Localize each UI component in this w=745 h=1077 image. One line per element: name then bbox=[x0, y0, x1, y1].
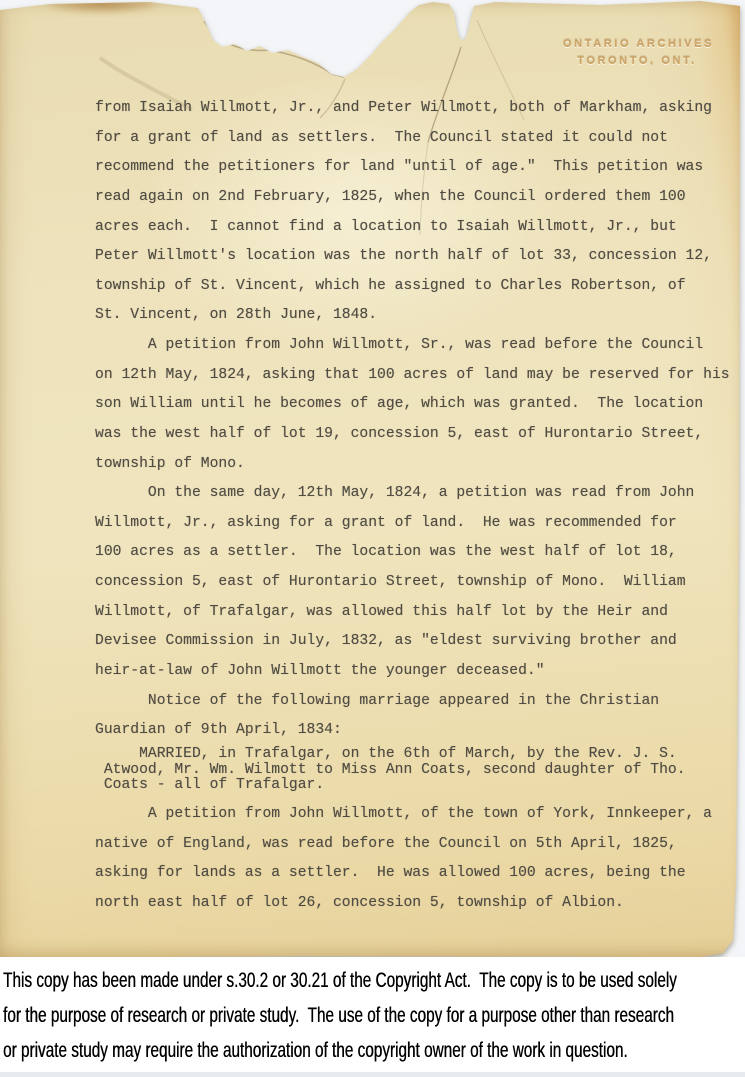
typed-line: St. Vincent, on 28th June, 1848. bbox=[95, 301, 730, 331]
typed-line: A petition from John Willmott, of the to… bbox=[95, 800, 712, 830]
typed-line: Peter Willmott's location was the north … bbox=[95, 242, 730, 272]
typed-line: Notice of the following marriage appeare… bbox=[95, 687, 730, 717]
typed-line: on 12th May, 1824, asking that 100 acres… bbox=[95, 361, 730, 391]
typed-line: acres each. I cannot find a location to … bbox=[95, 213, 730, 243]
typed-line: Devisee Commission in July, 1832, as "el… bbox=[95, 627, 730, 657]
typed-line: Atwood, Mr. Wm. Wilmott to Miss Ann Coat… bbox=[95, 763, 686, 779]
torn-edge-shading bbox=[204, 21, 344, 77]
typed-line: MARRIED, in Trafalgar, on the 6th of Mar… bbox=[95, 747, 686, 763]
paper-sheet: ONTARIO ARCHIVES TORONTO, ONT. from Isai… bbox=[0, 0, 741, 958]
typed-line: asking for lands as a settler. He was al… bbox=[95, 859, 712, 889]
typed-line: north east half of lot 26, concession 5,… bbox=[95, 889, 712, 919]
copyright-notice-line1: This copy has been made under s.30.2 or … bbox=[3, 963, 677, 998]
typed-body-paragraphs: from Isaiah Willmott, Jr., and Peter Wil… bbox=[95, 94, 730, 746]
archive-stamp-line1: ONTARIO ARCHIVES bbox=[563, 36, 711, 53]
archive-stamp-line2: TORONTO, ONT. bbox=[563, 53, 711, 70]
typed-line: Coats - all of Trafalgar. bbox=[95, 778, 686, 794]
document-scan: ONTARIO ARCHIVES TORONTO, ONT. from Isai… bbox=[0, 0, 745, 963]
typed-line: Willmott, Jr., asking for a grant of lan… bbox=[95, 509, 730, 539]
typed-line: native of England, was read before the C… bbox=[95, 830, 712, 860]
typed-line: son William until he becomes of age, whi… bbox=[95, 390, 730, 420]
typed-line: 100 acres as a settler. The location was… bbox=[95, 538, 730, 568]
typed-closing-paragraph: A petition from John Willmott, of the to… bbox=[95, 800, 712, 919]
copyright-notice-line3: or private study may require the authori… bbox=[3, 1033, 677, 1068]
typed-line: concession 5, east of Hurontario Street,… bbox=[95, 568, 730, 598]
typed-line: read again on 2nd February, 1825, when t… bbox=[95, 183, 730, 213]
typed-line: township of St. Vincent, which he assign… bbox=[95, 272, 730, 302]
typed-line: recommend the petitioners for land "unti… bbox=[95, 153, 730, 183]
copyright-notice-text: This copy has been made under s.30.2 or … bbox=[3, 963, 745, 1068]
typed-line: Guardian of 9th April, 1834: bbox=[95, 716, 730, 746]
typed-line: heir-at-law of John Willmott the younger… bbox=[95, 657, 730, 687]
typed-marriage-notice: MARRIED, in Trafalgar, on the 6th of Mar… bbox=[95, 747, 686, 794]
top-edge-stain-small bbox=[338, 0, 382, 8]
typed-line: A petition from John Willmott, Sr., was … bbox=[95, 331, 730, 361]
typed-line: for a grant of land as settlers. The Cou… bbox=[95, 124, 730, 154]
typed-line: Willmott, of Trafalgar, was allowed this… bbox=[95, 598, 730, 628]
typed-line: township of Mono. bbox=[95, 450, 730, 480]
typed-line: On the same day, 12th May, 1824, a petit… bbox=[95, 479, 730, 509]
archive-stamp: ONTARIO ARCHIVES TORONTO, ONT. bbox=[563, 36, 711, 70]
typed-line: from Isaiah Willmott, Jr., and Peter Wil… bbox=[95, 94, 730, 124]
copyright-notice-line2: for the purpose of research or private s… bbox=[3, 998, 677, 1033]
typed-line: was the west half of lot 19, concession … bbox=[95, 420, 730, 450]
